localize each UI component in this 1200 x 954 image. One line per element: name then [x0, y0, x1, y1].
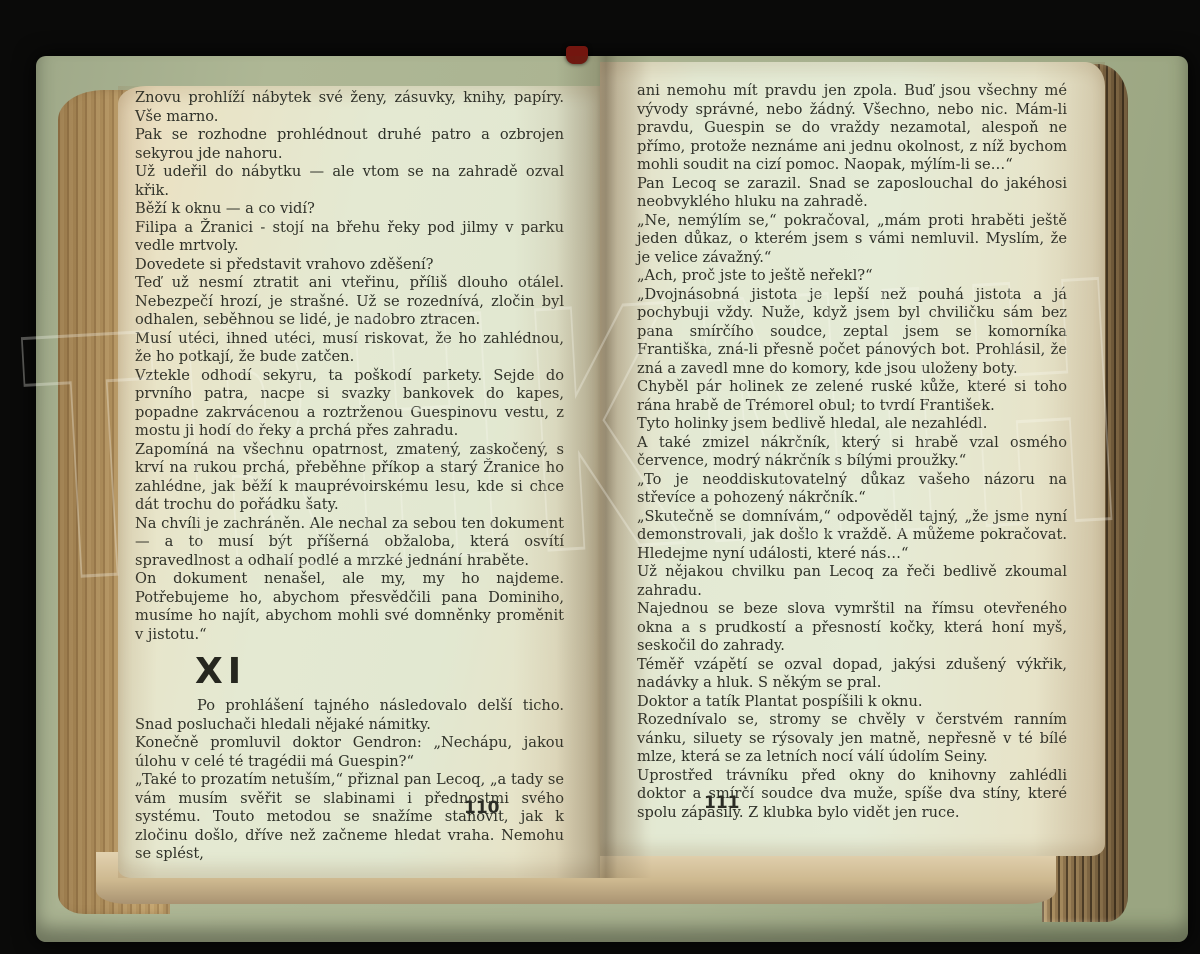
paragraph: Filipa a Žranici - stojí na břehu řeky p… — [135, 219, 564, 256]
paragraph: Pan Lecoq se zarazil. Snad se zaposlouch… — [637, 175, 1067, 212]
paragraph: A také zmizel nákrčník, který si hrabě v… — [637, 434, 1067, 471]
left-page: Znovu prohlíží nábytek své ženy, zásuvky… — [118, 86, 600, 878]
left-page-text: Znovu prohlíží nábytek své ženy, zásuvky… — [135, 89, 564, 864]
page-number: 111 — [704, 793, 740, 813]
paragraph: Rozednívalo se, stromy se chvěly v čerst… — [637, 711, 1067, 767]
paragraph: Po prohlášení tajného následovalo delší … — [135, 697, 564, 734]
paragraph: Už udeřil do nábytku — ale vtom se na za… — [135, 163, 564, 200]
paragraph: Musí utéci, ihned utéci, musí riskovat, … — [135, 330, 564, 367]
paragraph: Pak se rozhodne prohlédnout druhé patro … — [135, 126, 564, 163]
paragraph: „Ach, proč jste to ještě neřekl?“ — [637, 267, 1067, 286]
paragraph: Téměř vzápětí se ozval dopad, jakýsi zdu… — [637, 656, 1067, 693]
paragraph: On dokument nenašel, ale my, my ho najde… — [135, 570, 564, 644]
photo-background: Znovu prohlíží nábytek své ženy, zásuvky… — [0, 0, 1200, 954]
paragraph: ani nemohu mít pravdu jen zpola. Buď jso… — [637, 82, 1067, 175]
paragraph: „To je neoddiskutovatelný důkaz vašeho n… — [637, 471, 1067, 508]
paragraph: Tyto holinky jsem bedlivě hledal, ale ne… — [637, 415, 1067, 434]
paragraph: „Skutečně se domnívám,“ odpověděl tajný,… — [637, 508, 1067, 564]
paragraph: Konečně promluvil doktor Gendron: „Nechá… — [135, 734, 564, 771]
paragraph: Doktor a tatík Plantat pospíšili k oknu. — [637, 693, 1067, 712]
paragraph: Vztekle odhodí sekyru, ta poškodí parket… — [135, 367, 564, 441]
paragraph: Už nějakou chvilku pan Lecoq za řeči bed… — [637, 563, 1067, 600]
paragraph: Znovu prohlíží nábytek své ženy, zásuvky… — [135, 89, 564, 126]
right-page-text: ani nemohu mít pravdu jen zpola. Buď jso… — [637, 82, 1067, 822]
page-number: 110 — [464, 798, 500, 818]
paragraph: Teď už nesmí ztratit ani vteřinu, příliš… — [135, 274, 564, 330]
paragraph: Uprostřed trávníku před okny do knihovny… — [637, 767, 1067, 823]
paragraph: Na chvíli je zachráněn. Ale nechal za se… — [135, 515, 564, 571]
bookmark-ribbon — [566, 46, 588, 64]
paragraph: Běží k oknu — a co vidí? — [135, 200, 564, 219]
paragraph: Dovedete si představit vrahovo zděšení? — [135, 256, 564, 275]
right-page: ani nemohu mít pravdu jen zpola. Buď jso… — [600, 62, 1105, 856]
paragraph: „Dvojnásobná jistota je lepší než pouhá … — [637, 286, 1067, 379]
paragraph: Chyběl pár holinek ze zelené ruské kůže,… — [637, 378, 1067, 415]
paragraph: Najednou se beze slova vymrštil na římsu… — [637, 600, 1067, 656]
chapter-heading: XI — [195, 653, 564, 691]
paragraph: „Ne, nemýlím se,“ pokračoval, „mám proti… — [637, 212, 1067, 268]
paragraph: Zapomíná na všechnu opatrnost, zmatený, … — [135, 441, 564, 515]
